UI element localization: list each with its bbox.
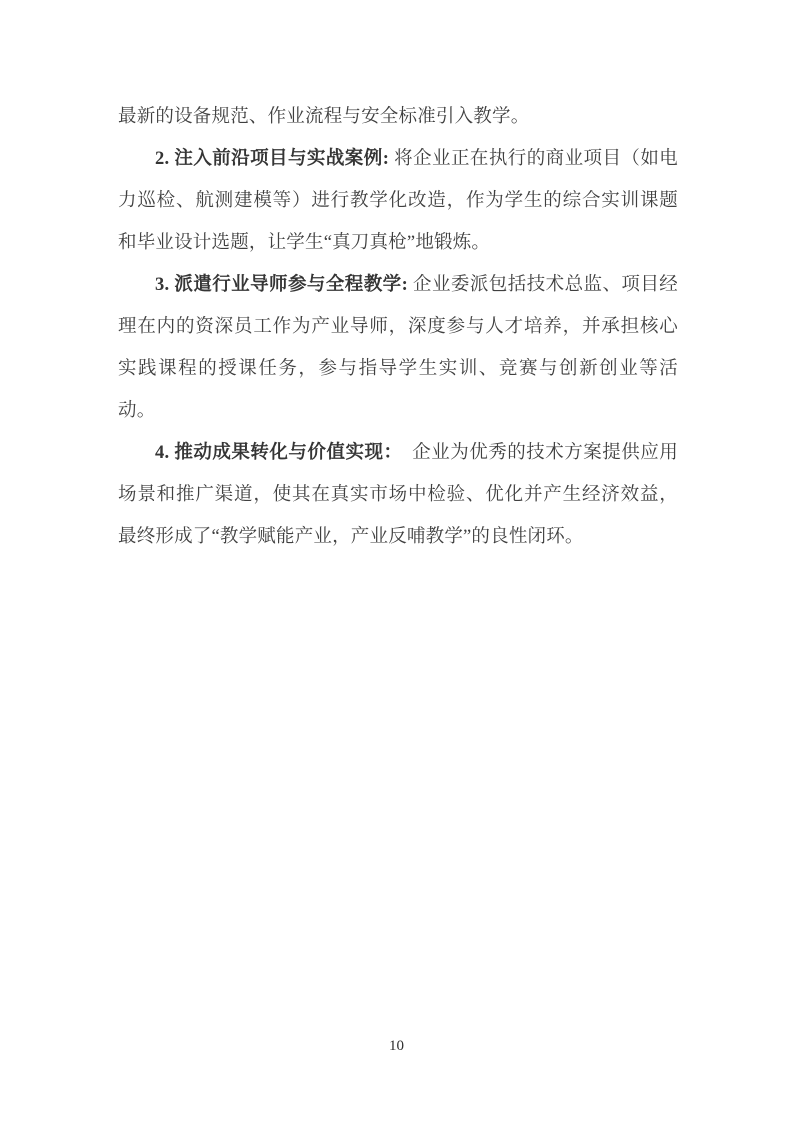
paragraph-text: 企业委派包括技术总监、项目经理在内的资深员工作为产业导师，深度参与人才培养，并承… [118, 275, 678, 421]
document-page: 最新的设备规范、作业流程与安全标准引入教学。 2. 注入前沿项目与实战案例: 将… [0, 0, 793, 1122]
paragraph-heading: 4. 推动成果转化与价值实现： [155, 443, 393, 463]
paragraph: 2. 注入前沿项目与实战案例: 将企业正在执行的商业项目（如电力巡检、航测建模等… [118, 138, 678, 264]
document-body: 最新的设备规范、作业流程与安全标准引入教学。 2. 注入前沿项目与实战案例: 将… [118, 96, 678, 558]
paragraph: 最新的设备规范、作业流程与安全标准引入教学。 [118, 96, 678, 138]
page-footer: 10 [0, 1036, 793, 1056]
page-number: 10 [389, 1038, 404, 1054]
paragraph: 3. 派遣行业导师参与全程教学: 企业委派包括技术总监、项目经理在内的资深员工作… [118, 264, 678, 432]
paragraph: 4. 推动成果转化与价值实现： 企业为优秀的技术方案提供应用场景和推广渠道，使其… [118, 432, 678, 558]
paragraph-text: 最新的设备规范、作业流程与安全标准引入教学。 [118, 107, 529, 127]
paragraph-heading: 2. 注入前沿项目与实战案例: [155, 149, 389, 169]
paragraph-heading: 3. 派遣行业导师参与全程教学: [155, 275, 408, 295]
